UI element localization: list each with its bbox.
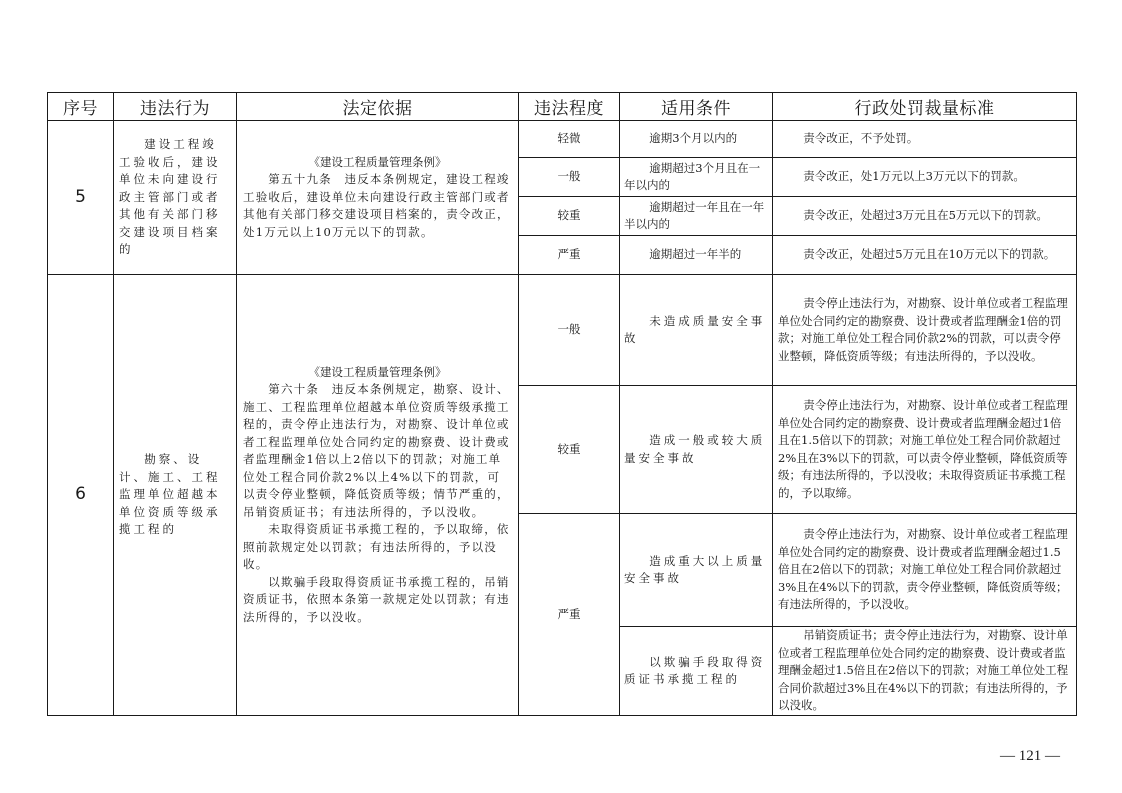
standard-cell: 责令停止违法行为，对勘察、设计单位或者工程监理单位处合同约定的勘察费、设计费或者…: [773, 386, 1077, 514]
condition-cell: 未造成质量安全事故: [620, 275, 773, 386]
legal-basis-title: 《建设工程质量管理条例》: [243, 154, 512, 172]
table-header-row: 序号 违法行为 法定依据 违法程度 适用条件 行政处罚裁量标准: [48, 93, 1077, 121]
degree-cell: 较重: [519, 197, 620, 236]
standard-cell: 责令停止违法行为，对勘察、设计单位或者工程监理单位处合同约定的勘察费、设计费或者…: [773, 514, 1077, 627]
legal-basis-paragraph: 未取得资质证书承揽工程的，予以取缔，依照前款规定处以罚款；有违法所得的，予以没收…: [243, 521, 512, 574]
header-standard: 行政处罚裁量标准: [773, 93, 1077, 121]
penalty-discretion-table: 序号 违法行为 法定依据 违法程度 适用条件 行政处罚裁量标准 5 建设工程竣工…: [47, 92, 1077, 716]
condition-cell: 逾期3个月以内的: [620, 121, 773, 158]
standard-cell: 责令改正，不予处罚。: [773, 121, 1077, 158]
header-number: 序号: [48, 93, 114, 121]
standard-cell: 责令改正，处1万元以上3万元以下的罚款。: [773, 158, 1077, 197]
page-number: — 121 —: [1000, 748, 1060, 765]
header-condition: 适用条件: [620, 93, 773, 121]
illegal-act-text: 勘察、设计、施工、工程监理单位超越本单位资质等级承揽工程的: [119, 451, 231, 539]
legal-basis-cell: 《建设工程质量管理条例》 第五十九条 违反本条例规定，建设工程竣工验收后，建设单…: [237, 121, 519, 275]
table-row: 5 建设工程竣工验收后，建设单位未向建设行政主管部门或者其他有关部门移交建设项目…: [48, 121, 1077, 158]
row-number: 6: [48, 275, 114, 716]
header-act: 违法行为: [114, 93, 237, 121]
condition-cell: 逾期超过3个月且在一年以内的: [620, 158, 773, 197]
header-degree: 违法程度: [519, 93, 620, 121]
standard-cell: 责令停止违法行为，对勘察、设计单位或者工程监理单位处合同约定的勘察费、设计费或者…: [773, 275, 1077, 386]
standard-cell: 吊销资质证书；责令停止违法行为，对勘察、设计单位或者工程监理单位处合同约定的勘察…: [773, 627, 1077, 716]
legal-basis-paragraph: 以欺骗手段取得资质证书承揽工程的，吊销资质证书，依照本条第一款规定处以罚款；有违…: [243, 574, 512, 627]
condition-cell: 造成一般或较大质量安全事故: [620, 386, 773, 514]
table-row: 6 勘察、设计、施工、工程监理单位超越本单位资质等级承揽工程的 《建设工程质量管…: [48, 275, 1077, 386]
illegal-act-cell: 勘察、设计、施工、工程监理单位超越本单位资质等级承揽工程的: [114, 275, 237, 716]
legal-basis-paragraph: 第五十九条 违反本条例规定，建设工程竣工验收后，建设单位未向建设行政主管部门或者…: [243, 171, 512, 241]
legal-basis-cell: 《建设工程质量管理条例》 第六十条 违反本条例规定，勘察、设计、施工、工程监理单…: [237, 275, 519, 716]
degree-cell: 一般: [519, 158, 620, 197]
standard-cell: 责令改正，处超过5万元且在10万元以下的罚款。: [773, 236, 1077, 275]
condition-cell: 造成重大以上质量安全事故: [620, 514, 773, 627]
standard-cell: 责令改正，处超过3万元且在5万元以下的罚款。: [773, 197, 1077, 236]
condition-cell: 逾期超过一年半的: [620, 236, 773, 275]
condition-cell: 以欺骗手段取得资质证书承揽工程的: [620, 627, 773, 716]
degree-cell: 轻微: [519, 121, 620, 158]
condition-cell: 逾期超过一年且在一年半以内的: [620, 197, 773, 236]
legal-basis-paragraph: 第六十条 违反本条例规定，勘察、设计、施工、工程监理单位超越本单位资质等级承揽工…: [243, 381, 512, 521]
header-basis: 法定依据: [237, 93, 519, 121]
degree-cell: 严重: [519, 514, 620, 716]
degree-cell: 较重: [519, 386, 620, 514]
illegal-act-text: 建设工程竣工验收后，建设单位未向建设行政主管部门或者其他有关部门移交建设项目档案…: [119, 136, 231, 259]
degree-cell: 一般: [519, 275, 620, 386]
legal-basis-title: 《建设工程质量管理条例》: [243, 364, 512, 382]
degree-cell: 严重: [519, 236, 620, 275]
row-number: 5: [48, 121, 114, 275]
illegal-act-cell: 建设工程竣工验收后，建设单位未向建设行政主管部门或者其他有关部门移交建设项目档案…: [114, 121, 237, 275]
